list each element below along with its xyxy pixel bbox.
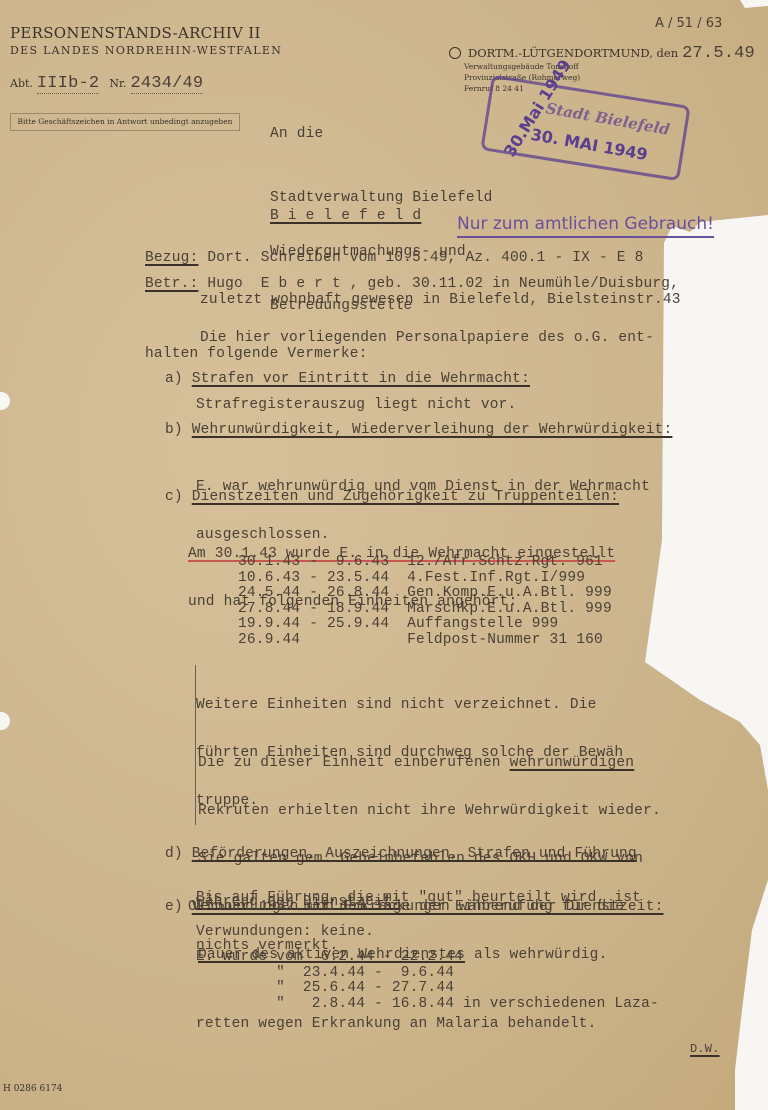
intro-line2: halten folgende Vermerke: [145,346,368,362]
illness-row: " 25.6.44 - 27.7.44 [196,981,659,997]
section-e-closing: retten wegen Erkrankung an Malaria behan… [196,1016,597,1032]
file-reference: Abt. IIIb-2 Nr. 2434/49 [10,74,203,93]
section-e-heading: e) Verwundungen und Erkrankungen während… [165,899,664,915]
top-reference: A / 51 / 63 [655,16,722,31]
recipient-salutation: An die [270,126,323,142]
betr-line: Betr.: Hugo E b e r t , geb. 30.11.02 in… [145,276,679,292]
official-use-stamp: Nur zum amtlichen Gebrauch! [457,214,714,238]
unit-row: 26.9.44 Feldpost-Nummer 31 160 [238,633,612,649]
section-a-body: Strafregisterauszug liegt nicht vor. [196,397,516,413]
abt-value: IIIb-2 [37,74,99,94]
units-table: 30.1.43 - 9.6.43 12./Afr.Schtz.Rgt. 9611… [238,555,612,648]
unit-row: 24.5.44 - 26.8.44 Gen.Komp.E.u.A.Btl. 99… [238,586,612,602]
org-name: PERSONENSTANDS-ARCHIV II [10,24,261,42]
unit-row: 19.9.44 - 25.9.44 Auffangstelle 999 [238,617,612,633]
letter-date: 27.5.49 [682,44,755,63]
recipient-city: B i e l e f e l d [270,208,421,224]
illness-row: E. wurde vom 6.2.44 - 22.2.44 [196,950,659,966]
postal-code-icon [449,47,461,59]
reference-notice: Bitte Geschäftszeichen in Antwort unbedi… [10,113,240,131]
unit-row: 27.8.44 - 18.9.44 Marschkp.E.u.A.Btl. 99… [238,602,612,618]
signature-initials: D.W. [690,1042,720,1056]
unit-row: 30.1.43 - 9.6.43 12./Afr.Schtz.Rgt. 961 [238,555,612,571]
betr-line2: zuletzt wohnhaft gewesen in Bielefeld, B… [200,292,681,308]
illness-row: " 23.4.44 - 9.6.44 [196,966,659,982]
section-c-heading: c) Dienstzeiten und Zugehörigkeit zu Tru… [165,489,619,505]
org-state: DES LANDES NORDREHIN-WESTFALEN [10,44,282,57]
unit-row: 10.6.43 - 23.5.44 4.Fest.Inf.Rgt.I/999 [238,571,612,587]
nr-value: 2434/49 [131,74,204,94]
archive-id: H 0286 6174 [3,1084,62,1094]
section-b-heading: b) Wehrunwürdigkeit, Wiederverleihung de… [165,422,672,438]
section-a-heading: a) Strafen vor Eintritt in die Wehrmacht… [165,371,530,387]
bezug-line: Bezug: Dort. Schreiben vom 10.5.49, Az. … [145,250,644,266]
illness-table: E. wurde vom 6.2.44 - 22.2.44 " 23.4.44 … [196,950,659,1012]
section-e-wounds: Verwundungen: keine. [196,924,374,940]
intro-line1: Die hier vorliegenden Personalpapiere de… [200,330,654,346]
illness-row: " 2.8.44 - 16.8.44 in verschiedenen Laza… [196,997,659,1013]
